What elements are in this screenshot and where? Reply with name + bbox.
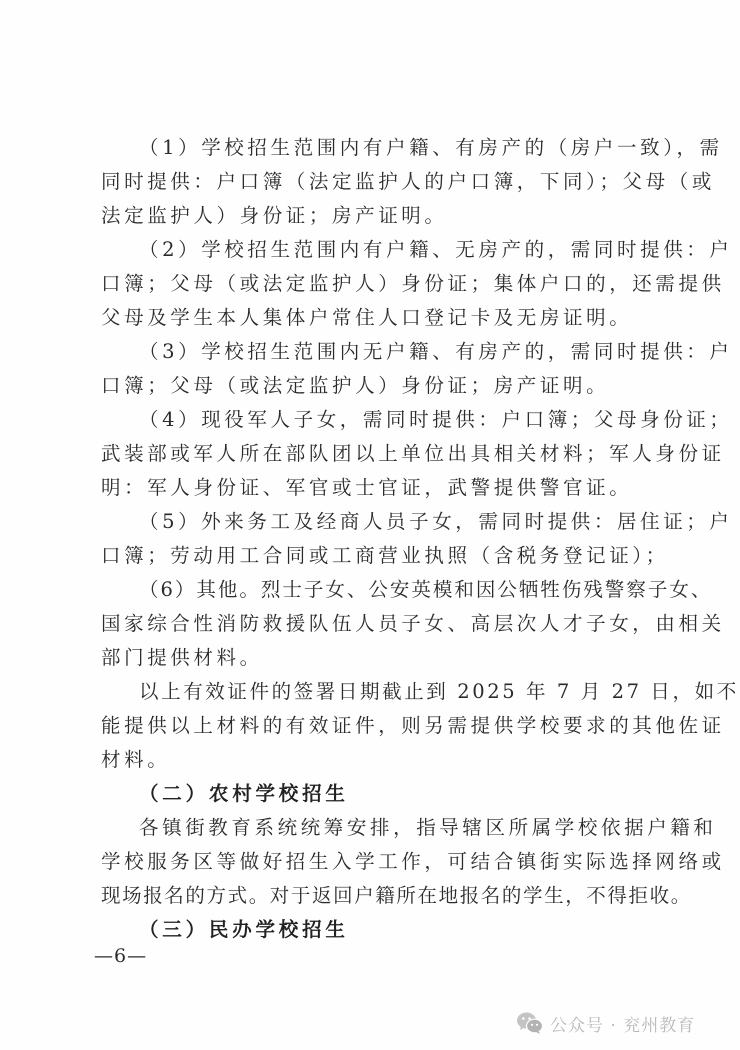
item-6-line-2: 国家综合性消防救援队伍人员子女、高层次人才子女，由相关 <box>101 609 646 639</box>
item-2-line-2: 口簿；父母（或法定监护人）身份证；集体户口的，还需提供 <box>101 269 646 299</box>
section-2-body-line-1: 各镇街教育系统统筹安排，指导辖区所属学校依据户籍和 <box>139 813 646 843</box>
item-2-line-1: （2）学校招生范围内有户籍、无房产的，需同时提供：户 <box>139 235 646 265</box>
validity-note-line-3: 材料。 <box>101 745 646 775</box>
wechat-icon <box>516 1011 544 1035</box>
item-3-line-2: 口簿；父母（或法定监护人）身份证；房产证明。 <box>101 371 646 401</box>
page-number: —6— <box>94 943 147 969</box>
validity-note-line-1: 以上有效证件的签署日期截止到 2025 年 7 月 27 日，如不 <box>139 677 646 707</box>
item-1-line-2: 同时提供：户口簿（法定监护人的户口簿，下同）；父母（或 <box>101 167 646 197</box>
item-1-line-1: （1）学校招生范围内有户籍、有房产的（房户一致），需 <box>139 133 646 163</box>
section-heading-rural-schools: （二）农村学校招生 <box>139 779 646 809</box>
item-6-line-1: （6）其他。烈士子女、公安英模和因公牺牲伤残警察子女、 <box>139 575 646 605</box>
section-2-body-line-2: 学校服务区等做好招生入学工作，可结合镇街实际选择网络或 <box>101 847 646 877</box>
item-4-line-2: 武装部或军人所在部队团以上单位出具相关材料；军人身份证 <box>101 439 646 469</box>
item-1-line-3: 法定监护人）身份证；房产证明。 <box>101 201 646 231</box>
item-2-line-3: 父母及学生本人集体户常住人口登记卡及无房证明。 <box>101 303 646 333</box>
item-5-line-1: （5）外来务工及经商人员子女，需同时提供：居住证；户 <box>139 507 646 537</box>
item-6-line-3: 部门提供材料。 <box>101 643 646 673</box>
item-4-line-3: 明：军人身份证、军官或士官证，武警提供警官证。 <box>101 473 646 503</box>
section-heading-private-schools: （三）民办学校招生 <box>139 915 646 945</box>
validity-note-line-2: 能提供以上材料的有效证件，则另需提供学校要求的其他佐证 <box>101 711 646 741</box>
wechat-watermark: 公众号 · 兖州教育 <box>516 1008 695 1038</box>
item-5-line-2: 口簿；劳动用工合同或工商营业执照（含税务登记证）； <box>101 541 646 571</box>
item-4-line-1: （4）现役军人子女，需同时提供：户口簿；父母身份证； <box>139 405 646 435</box>
item-3-line-1: （3）学校招生范围内无户籍、有房产的，需同时提供：户 <box>139 337 646 367</box>
watermark-text: 公众号 · 兖州教育 <box>550 1011 695 1036</box>
document-page: （1）学校招生范围内有户籍、有房产的（房户一致），需 同时提供：户口簿（法定监护… <box>0 0 740 1050</box>
section-2-body-line-3: 现场报名的方式。对于返回户籍所在地报名的学生，不得拒收。 <box>101 881 646 911</box>
